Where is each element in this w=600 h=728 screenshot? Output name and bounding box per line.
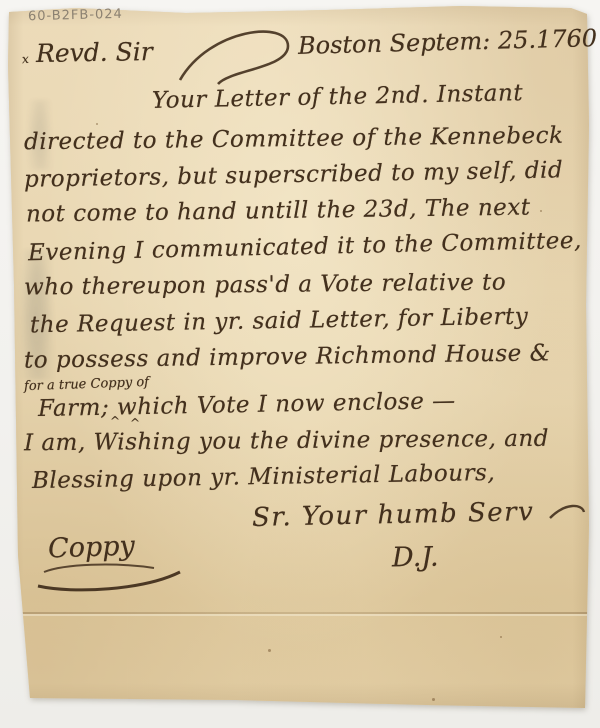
closing: Sr. Your humb Serv	[252, 497, 535, 533]
body-line: to possess and improve Richmond House &	[24, 340, 551, 373]
body-line: Farm; which Vote I now enclose —	[38, 388, 456, 422]
body-line: not come to hand untill the 23d, The nex…	[26, 194, 531, 227]
body-line: Your Letter of the 2nd. Instant	[152, 80, 524, 114]
handwriting-layer: 60-B2FB-024 x Revd. Sir Boston Septem: 2…	[0, 0, 600, 728]
body-line: the Request in yr. said Letter, for Libe…	[30, 304, 529, 339]
interlineation: for a true Coppy of	[24, 375, 149, 394]
body-line: I am, Wishing you the divine presence, a…	[24, 426, 549, 457]
salutation: Revd. Sir	[36, 37, 153, 68]
body-line: Evening I communicated it to the Committ…	[28, 228, 582, 267]
catalog-number: 60-B2FB-024	[28, 7, 123, 24]
salutation-flourish	[170, 18, 300, 88]
body-line: proprietors, but superscribed to my self…	[24, 157, 563, 192]
document-scan: 60-B2FB-024 x Revd. Sir Boston Septem: 2…	[0, 0, 600, 728]
dateline: Boston Septem: 25.1760	[298, 24, 598, 60]
body-line: who thereupon pass'd a Vote relative to	[24, 269, 506, 300]
closing-swash	[548, 498, 588, 524]
caret-mark: ^	[130, 416, 140, 430]
signature: D.J.	[392, 542, 439, 574]
stray-ink-mark: x	[22, 52, 30, 66]
body-line: Blessing upon yr. Ministerial Labours,	[32, 460, 496, 494]
copy-label: Coppy	[47, 530, 135, 564]
body-line: directed to the Committee of the Kennebe…	[24, 123, 564, 156]
copy-underline-flourish	[34, 560, 184, 594]
caret-mark: ^	[110, 414, 120, 428]
